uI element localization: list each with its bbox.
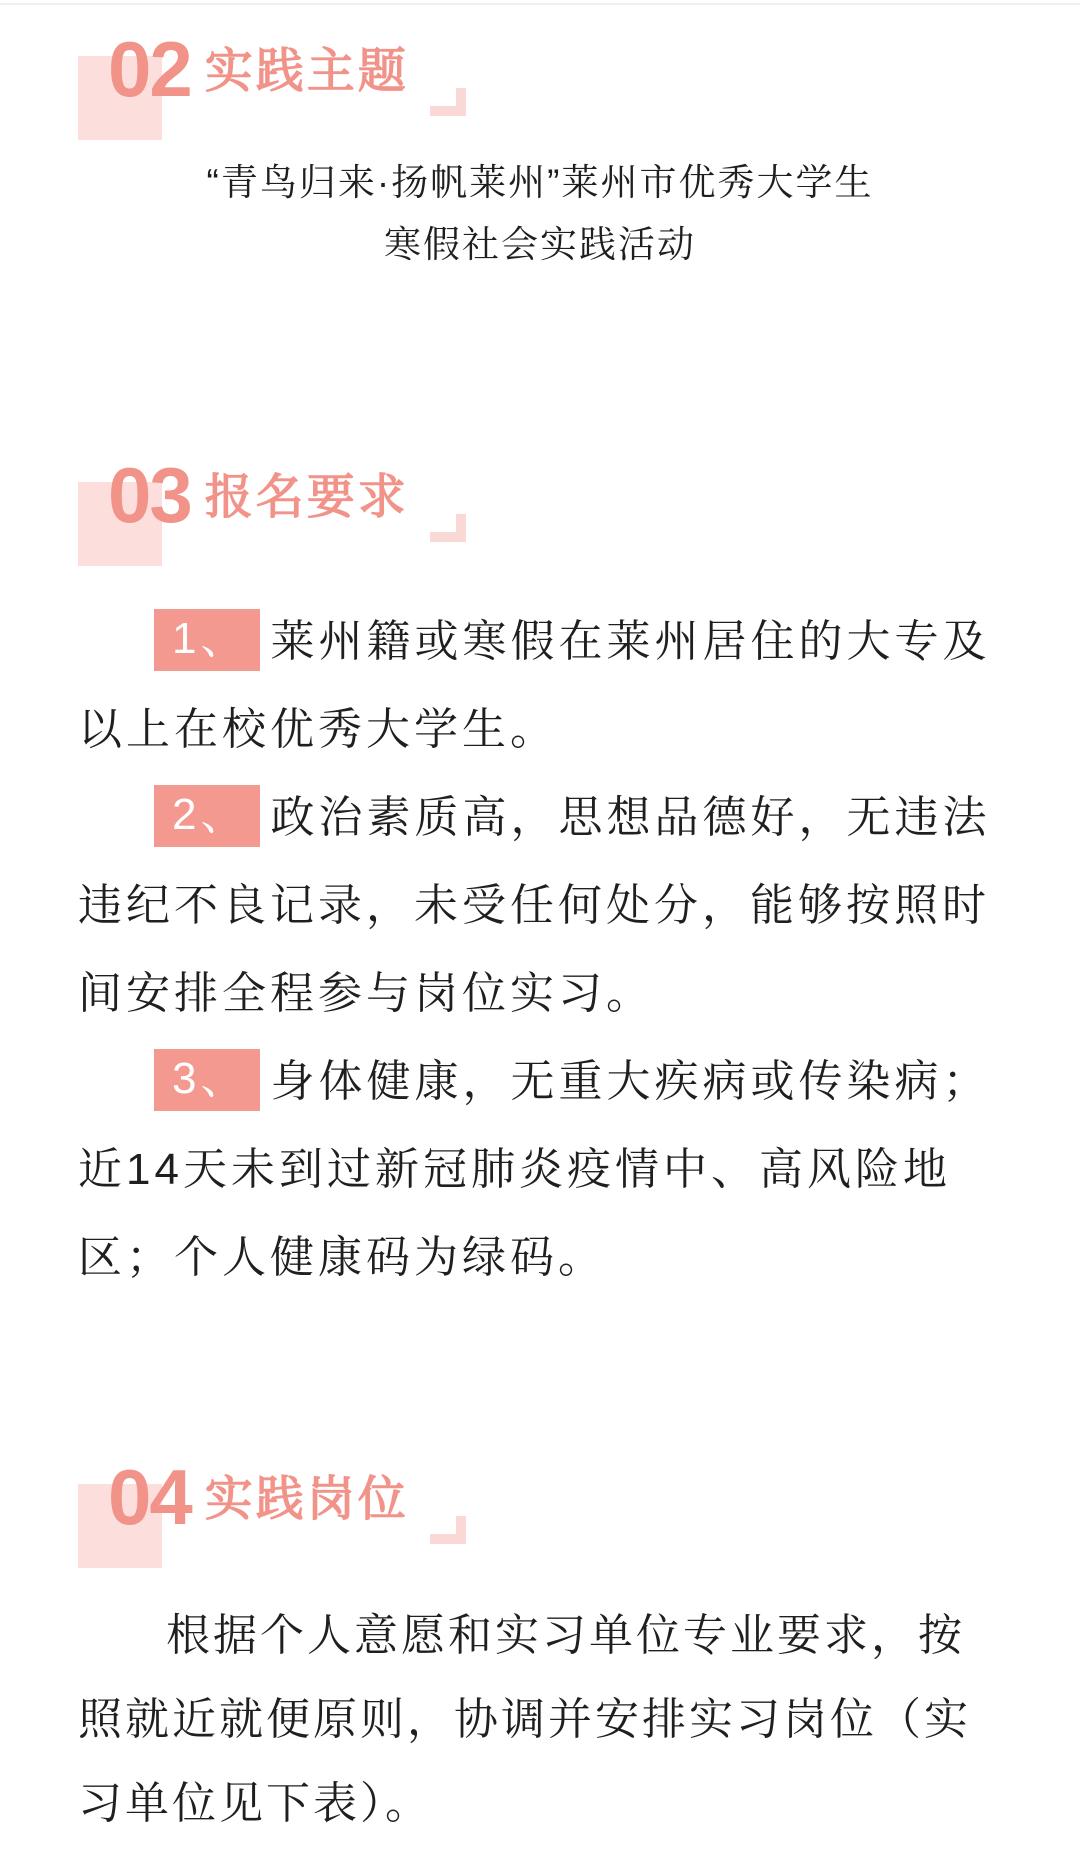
theme-line-1: “青鸟归来·扬帆莱州”莱州市优秀大学生 bbox=[0, 152, 1080, 214]
article-content: 02 实践主题 “青鸟归来·扬帆莱州”莱州市优秀大学生 寒假社会实践活动 03 … bbox=[0, 0, 1080, 1846]
section-header-practice-theme: 02 实践主题 bbox=[78, 26, 1080, 146]
requirements-list: 1、莱州籍或寒假在莱州居住的大专及 以上在校优秀大学生。 2、政治素质高，思想品… bbox=[0, 598, 1080, 1302]
theme-paragraph: “青鸟归来·扬帆莱州”莱州市优秀大学生 寒假社会实践活动 bbox=[0, 152, 1080, 276]
paragraph-line: 习单位见下表）。 bbox=[78, 1762, 980, 1846]
item-number-badge: 3、 bbox=[154, 1049, 260, 1111]
top-divider bbox=[0, 3, 1080, 5]
section-heading: 04 实践岗位 bbox=[108, 1454, 409, 1541]
requirement-line: 以上在校优秀大学生。 bbox=[78, 686, 980, 774]
section-number: 03 bbox=[108, 452, 191, 539]
requirement-line: 违纪不良记录，未受任何处分，能够按照时 bbox=[78, 862, 980, 950]
item-number-badge: 2、 bbox=[154, 785, 260, 847]
paragraph-line: 根据个人意愿和实习单位专业要求，按 bbox=[78, 1594, 980, 1678]
requirement-line: 1、莱州籍或寒假在莱州居住的大专及 bbox=[78, 598, 980, 686]
section-title: 实践主题 bbox=[205, 32, 409, 113]
requirement-text: 政治素质高，思想品德好，无违法 bbox=[270, 793, 990, 842]
requirement-line: 间安排全程参与岗位实习。 bbox=[78, 950, 980, 1038]
section-header-practice-positions: 04 实践岗位 bbox=[78, 1454, 1080, 1574]
requirement-text: 莱州籍或寒假在莱州居住的大专及 bbox=[270, 617, 990, 666]
paragraph-line: 照就近就便原则，协调并安排实习岗位（实 bbox=[78, 1678, 980, 1762]
corner-bracket-icon bbox=[430, 1516, 466, 1544]
section-title: 报名要求 bbox=[205, 458, 409, 539]
requirement-item-2: 2、政治素质高，思想品德好，无违法 违纪不良记录，未受任何处分，能够按照时 间安… bbox=[78, 774, 980, 1038]
section-number: 04 bbox=[108, 1454, 191, 1541]
corner-bracket-icon bbox=[430, 88, 466, 116]
article-page: 02 实践主题 “青鸟归来·扬帆莱州”莱州市优秀大学生 寒假社会实践活动 03 … bbox=[0, 0, 1080, 1851]
requirement-text: 身体健康，无重大疾病或传染病； bbox=[270, 1057, 990, 1106]
requirement-item-3: 3、身体健康，无重大疾病或传染病； 近14天未到过新冠肺炎疫情中、高风险地 区；… bbox=[78, 1038, 980, 1302]
section-heading: 02 实践主题 bbox=[108, 26, 409, 113]
requirement-item-1: 1、莱州籍或寒假在莱州居住的大专及 以上在校优秀大学生。 bbox=[78, 598, 980, 774]
corner-bracket-icon bbox=[430, 514, 466, 542]
section-number: 02 bbox=[108, 26, 191, 113]
requirement-line: 近14天未到过新冠肺炎疫情中、高风险地 bbox=[78, 1126, 980, 1214]
theme-line-2: 寒假社会实践活动 bbox=[0, 214, 1080, 276]
positions-paragraph: 根据个人意愿和实习单位专业要求，按 照就近就便原则，协调并安排实习岗位（实 习单… bbox=[78, 1594, 980, 1846]
section-header-registration-requirements: 03 报名要求 bbox=[78, 452, 1080, 572]
requirement-line: 区；个人健康码为绿码。 bbox=[78, 1214, 980, 1302]
requirement-line: 2、政治素质高，思想品德好，无违法 bbox=[78, 774, 980, 862]
requirement-line: 3、身体健康，无重大疾病或传染病； bbox=[78, 1038, 980, 1126]
item-number-badge: 1、 bbox=[154, 609, 260, 671]
section-title: 实践岗位 bbox=[205, 1460, 409, 1541]
section-heading: 03 报名要求 bbox=[108, 452, 409, 539]
